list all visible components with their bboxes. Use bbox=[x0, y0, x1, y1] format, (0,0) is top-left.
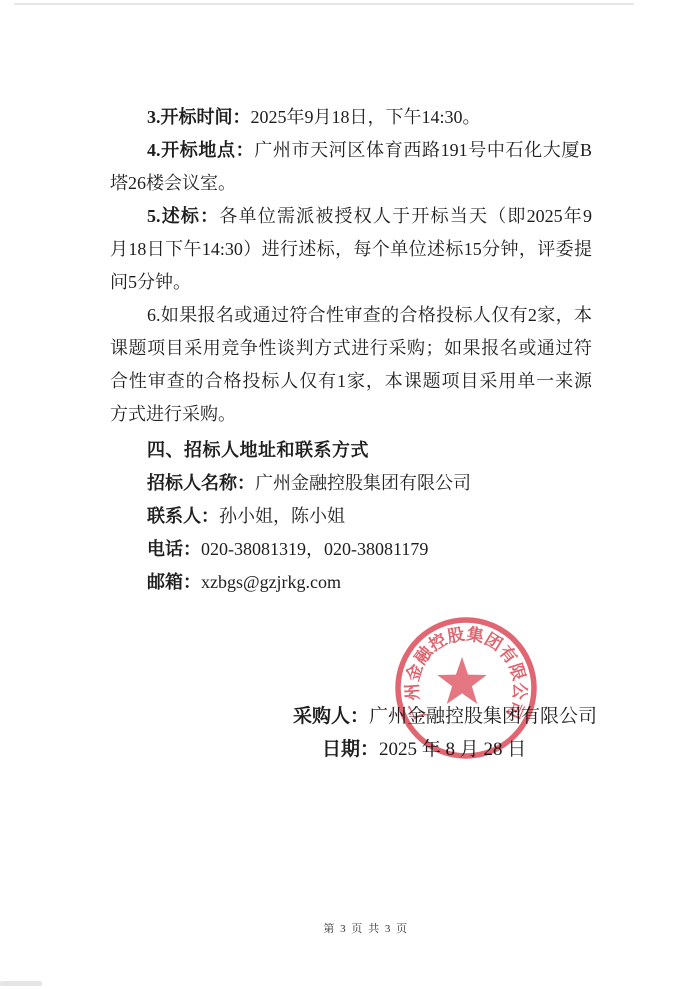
buyer-label: 采购人： bbox=[293, 706, 369, 727]
section-heading: 四、招标人地址和联系方式 bbox=[110, 434, 592, 467]
presentation-line: 5.述标：各单位需派被授权人于开标当天（即2025年9 bbox=[110, 200, 592, 233]
buyer-name: 广州金融控股集团有限公司 bbox=[369, 706, 597, 727]
line-text: 合性审查的合格投标人仅有1家，本课题项目采用单一来源 bbox=[110, 371, 592, 391]
line-bold-label: 4.开标地点： bbox=[147, 140, 254, 160]
contact-person-line: 联系人：孙小姐，陈小姐 bbox=[110, 500, 592, 533]
line-text: 2025年9月18日，下午14:30。 bbox=[251, 107, 481, 127]
line-text: 孙小姐，陈小姐 bbox=[219, 506, 345, 526]
line-text: 020-38081319，020-38081179 bbox=[201, 539, 428, 559]
line-text: 方式进行采购。 bbox=[110, 404, 236, 424]
fallback-procurement-line: 6.如果报名或通过符合性审查的合格投标人仅有2家，本 bbox=[110, 299, 592, 332]
line-bold-label: 电话： bbox=[147, 539, 201, 559]
line-text: 塔26楼会议室。 bbox=[110, 173, 236, 193]
line-text: xzbgs@gzjrkg.com bbox=[201, 572, 341, 592]
date-label: 日期： bbox=[322, 739, 379, 760]
open-bid-place-line-2: 塔26楼会议室。 bbox=[110, 167, 592, 200]
line-text: 6.如果报名或通过符合性审查的合格投标人仅有2家，本 bbox=[147, 305, 592, 325]
fallback-procurement-line-2: 课题项目采用竞争性谈判方式进行采购；如果报名或通过符 bbox=[110, 332, 592, 365]
line-text: 问5分钟。 bbox=[110, 272, 191, 292]
email-line: 邮箱：xzbgs@gzjrkg.com bbox=[110, 566, 592, 599]
phone-line: 电话：020-38081319，020-38081179 bbox=[110, 533, 592, 566]
presentation-line-3: 问5分钟。 bbox=[110, 266, 592, 299]
line-text: 各单位需派被授权人于开标当天（即2025年9 bbox=[219, 206, 592, 226]
line-text: 广州市天河区体育西路191号中石化大厦B bbox=[254, 140, 592, 160]
scan-artifact-bottom-edge bbox=[0, 981, 42, 986]
line-text: 广州金融控股集团有限公司 bbox=[255, 473, 471, 493]
open-bid-place-line: 4.开标地点：广州市天河区体育西路191号中石化大厦B bbox=[110, 134, 592, 167]
page-number-text: 第 3 页 共 3 页 bbox=[323, 923, 408, 935]
buyer-line: 采购人：广州金融控股集团有限公司 bbox=[110, 700, 592, 733]
date-line: 日期：2025 年 8 月 28 日 bbox=[110, 733, 592, 766]
line-text: 月18日下午14:30）进行述标，每个单位述标15分钟，评委提 bbox=[110, 239, 592, 259]
scan-artifact-top-edge bbox=[14, 3, 634, 5]
tenderer-name-line: 招标人名称：广州金融控股集团有限公司 bbox=[110, 467, 592, 500]
page-footer: 第 3 页 共 3 页 bbox=[16, 920, 700, 936]
fallback-procurement-line-3: 合性审查的合格投标人仅有1家，本课题项目采用单一来源 bbox=[110, 365, 592, 398]
line-text: 课题项目采用竞争性谈判方式进行采购；如果报名或通过符 bbox=[110, 338, 592, 358]
date-value: 2025 年 8 月 28 日 bbox=[379, 739, 526, 760]
presentation-line-2: 月18日下午14:30）进行述标，每个单位述标15分钟，评委提 bbox=[110, 233, 592, 266]
signature-block: 采购人：广州金融控股集团有限公司 日期：2025 年 8 月 28 日 bbox=[110, 700, 592, 766]
line-bold-label: 招标人名称： bbox=[147, 473, 255, 493]
fallback-procurement-line-4: 方式进行采购。 bbox=[110, 398, 592, 431]
line-bold-label: 联系人： bbox=[147, 506, 219, 526]
open-bid-time-line: 3.开标时间：2025年9月18日，下午14:30。 bbox=[110, 101, 592, 134]
line-bold-label: 邮箱： bbox=[147, 572, 201, 592]
line-bold-label: 3.开标时间： bbox=[147, 107, 251, 127]
section-heading-text: 四、招标人地址和联系方式 bbox=[147, 440, 369, 460]
document-body: 3.开标时间：2025年9月18日，下午14:30。 4.开标地点：广州市天河区… bbox=[110, 101, 592, 766]
line-bold-label: 5.述标： bbox=[147, 206, 219, 226]
